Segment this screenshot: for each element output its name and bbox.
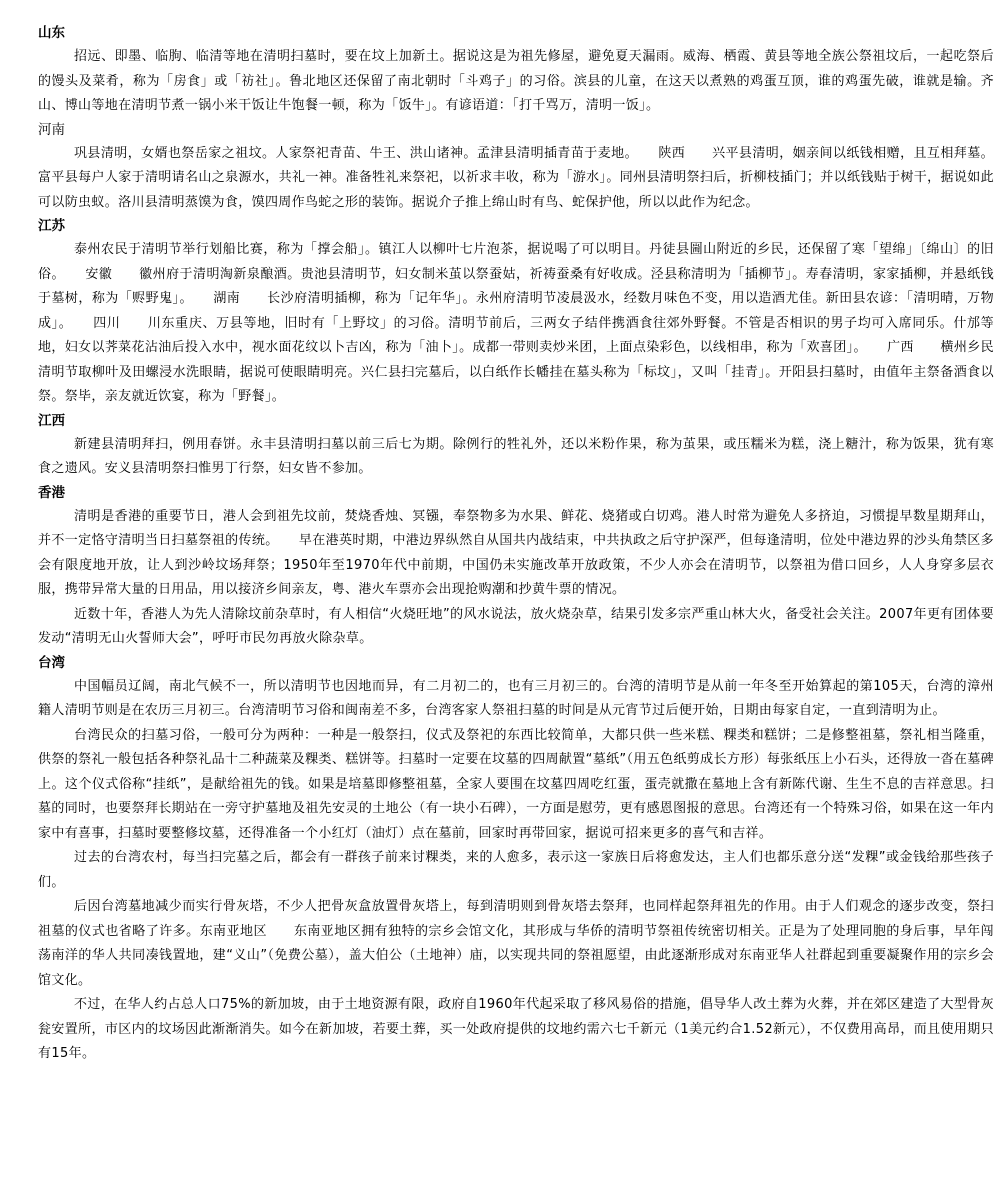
section-heading-jiangsu: 江苏 (38, 215, 994, 238)
article-body: 山东 招远、即墨、临朐、临清等地在清明扫墓时，要在坟上加新土。据说这是为祖先修屋… (0, 0, 1000, 1067)
paragraph: 招远、即墨、临朐、临清等地在清明扫墓时，要在坟上加新土。据说这是为祖先修屋，避免… (38, 45, 994, 119)
section-heading-taiwan: 台湾 (38, 652, 994, 675)
section-heading-jiangxi: 江西 (38, 410, 994, 433)
paragraph: 中国幅员辽阔，南北气候不一，所以清明节也因地而异，有二月初二的，也有三月初三的。… (38, 675, 994, 724)
paragraph: 后因台湾墓地减少而实行骨灰塔，不少人把骨灰盒放置骨灰塔上，每到清明则到骨灰塔去祭… (38, 895, 994, 993)
section-heading-henan: 河南 (38, 119, 994, 142)
section-heading-shandong: 山东 (38, 22, 994, 45)
paragraph: 不过，在华人约占总人口75%的新加坡，由于土地资源有限，政府自1960年代起采取… (38, 993, 994, 1067)
paragraph: 近数十年，香港人为先人清除坟前杂草时，有人相信“火烧旺地”的风水说法，放火烧杂草… (38, 603, 994, 652)
paragraph: 新建县清明拜扫，例用春饼。永丰县清明扫墓以前三后七为期。除例行的牲礼外，还以米粉… (38, 433, 994, 482)
paragraph: 清明是香港的重要节日，港人会到祖先坟前，焚烧香烛、冥镪，奉祭物多为水果、鲜花、烧… (38, 505, 994, 603)
section-heading-hongkong: 香港 (38, 482, 994, 505)
paragraph: 台湾民众的扫墓习俗，一般可分为两种：一种是一般祭扫，仪式及祭祀的东西比较简单，大… (38, 724, 994, 847)
paragraph: 泰州农民于清明节举行划船比赛，称为「撑会船」。镇江人以柳叶七片泡茶，据说喝了可以… (38, 238, 994, 410)
paragraph: 过去的台湾农村，每当扫完墓之后，都会有一群孩子前来讨粿类，来的人愈多，表示这一家… (38, 846, 994, 895)
paragraph: 巩县清明，女婿也祭岳家之祖坟。人家祭祀青苗、牛王、洪山诸神。孟津县清明插青苗于麦… (38, 142, 994, 216)
